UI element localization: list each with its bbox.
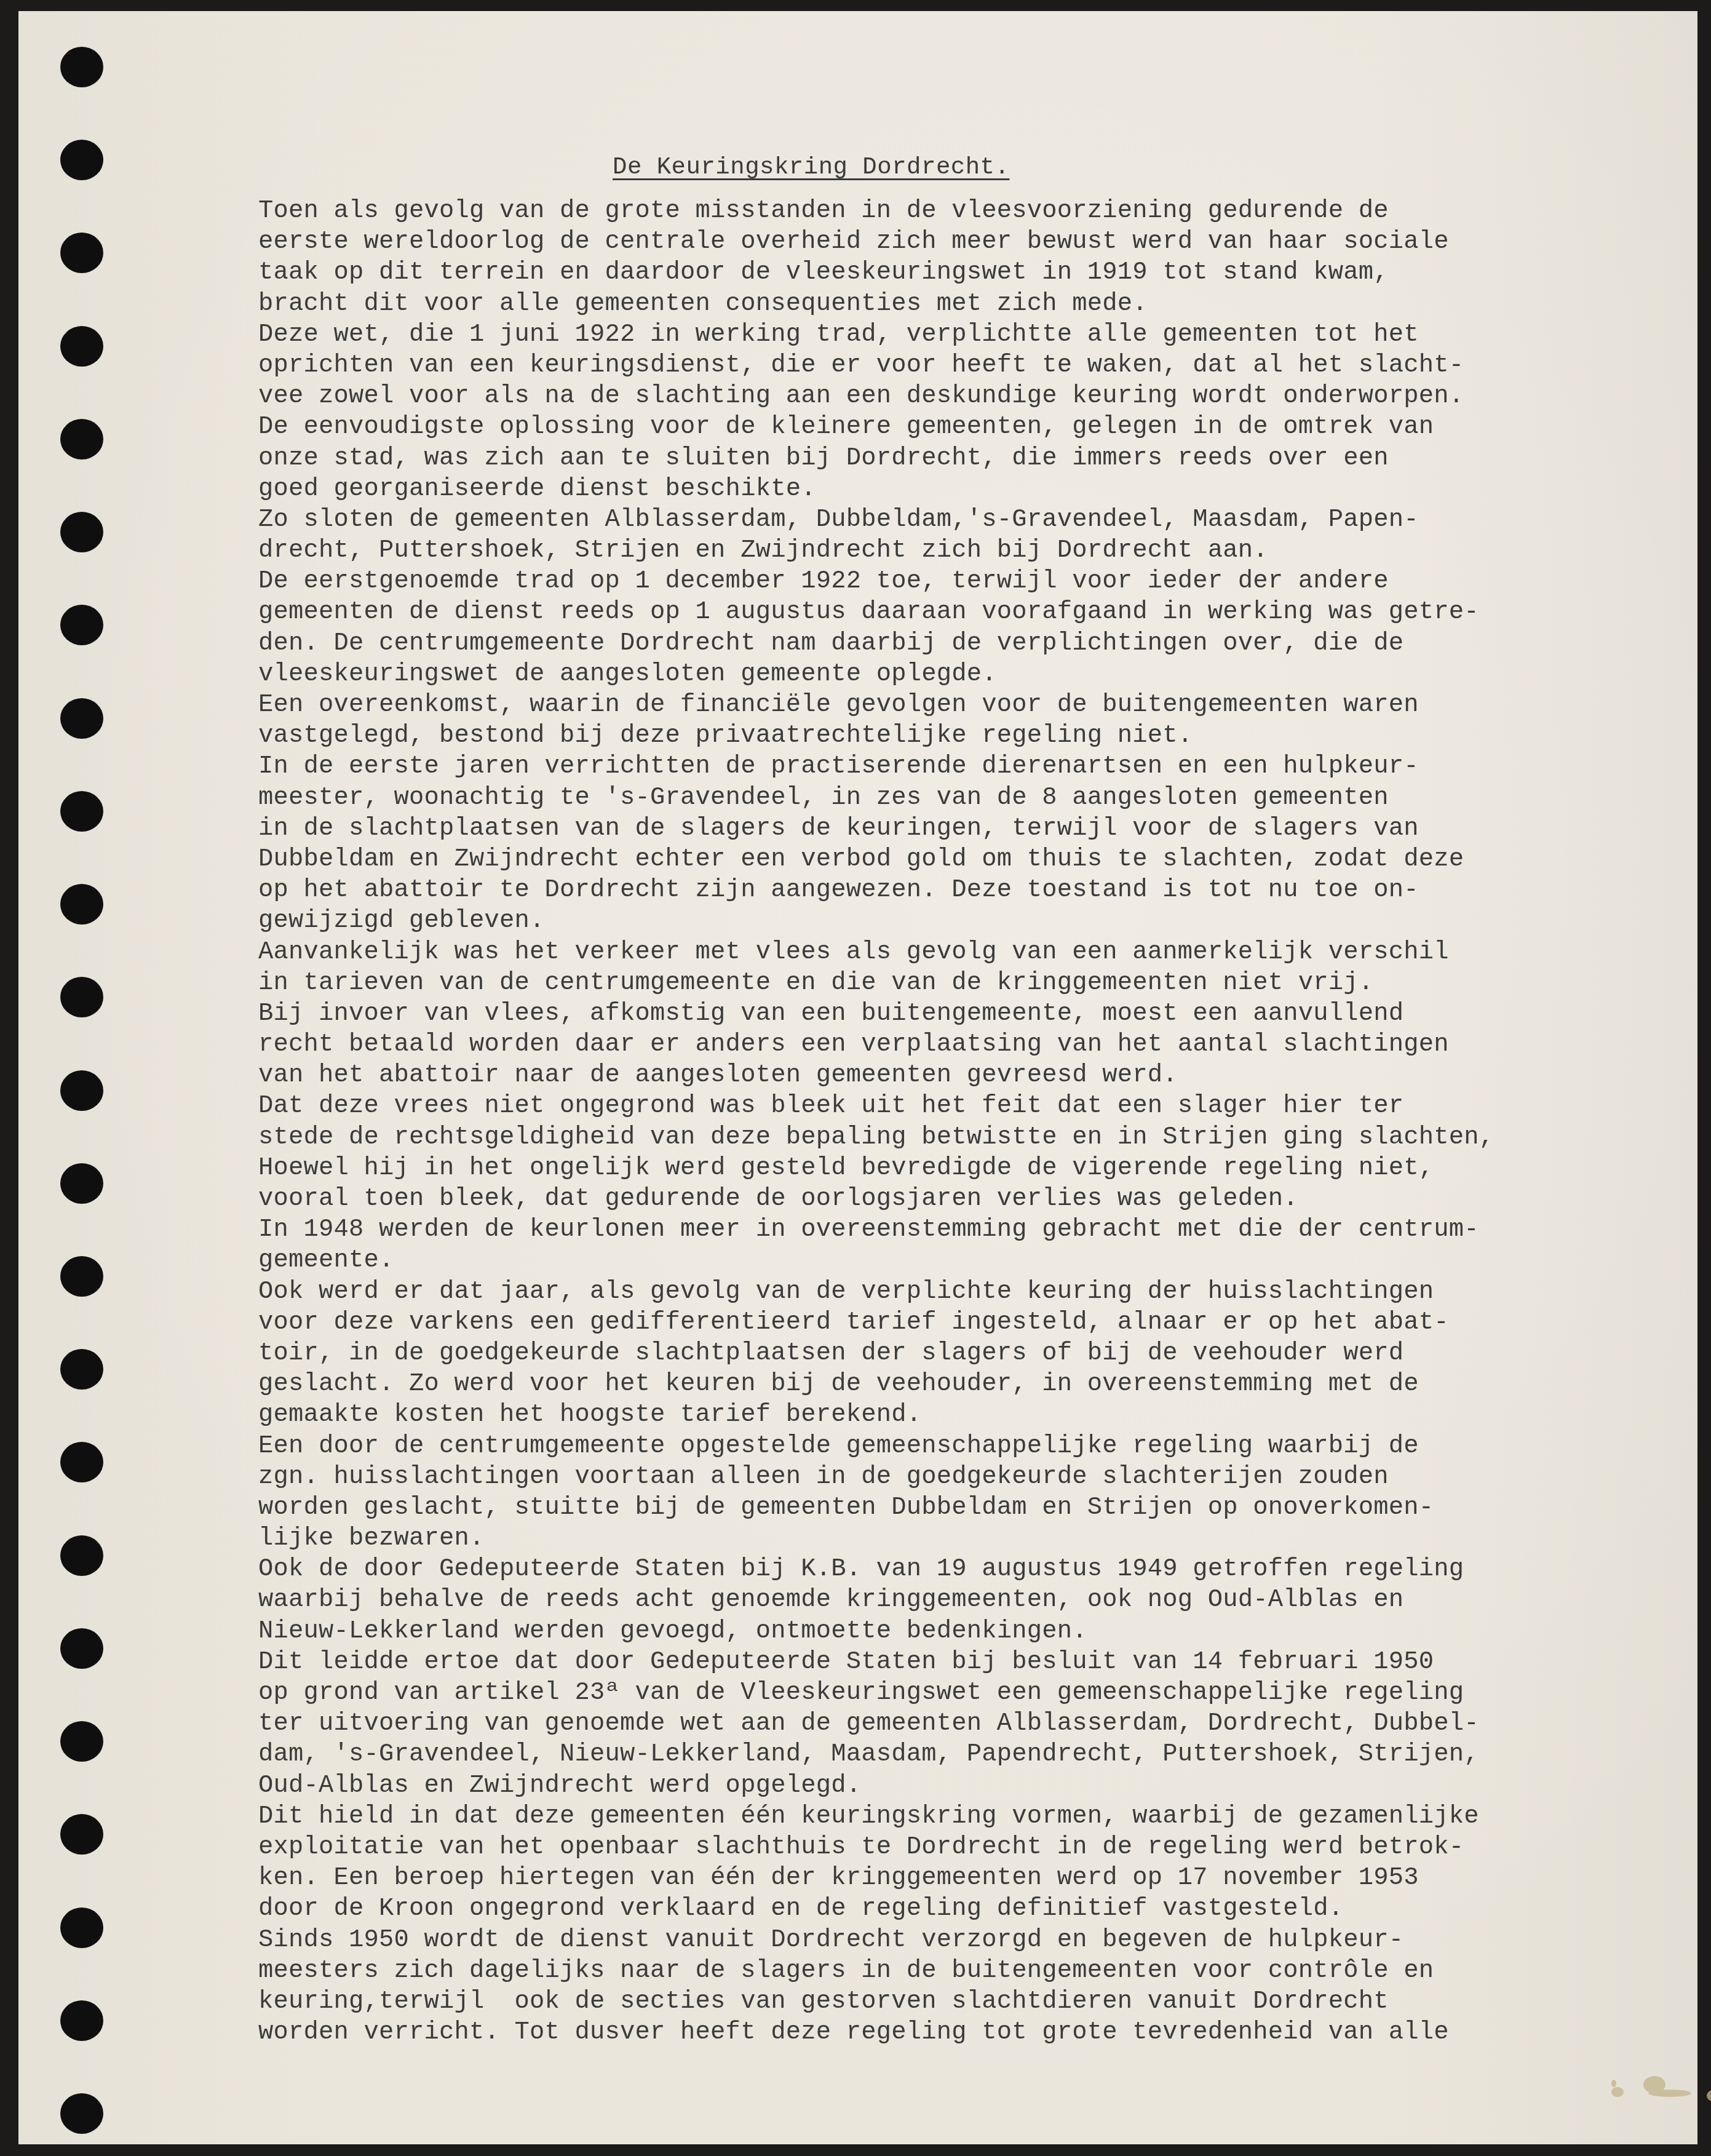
text-line: In de eerste jaren verrichtten de practi… xyxy=(258,751,1673,782)
text-line: ter uitvoering van genoemde wet aan de g… xyxy=(258,1708,1673,1739)
punch-hole xyxy=(60,1721,103,1762)
text-line: Ook werd er dat jaar, als gevolg van de … xyxy=(258,1276,1673,1307)
text-line: taak op dit terrein en daardoor de vlees… xyxy=(258,257,1673,288)
text-line: exploitatie van het openbaar slachthuis … xyxy=(258,1832,1673,1863)
text-line: Dit hield in dat deze gemeenten één keur… xyxy=(258,1801,1673,1832)
punch-hole xyxy=(60,1907,103,1948)
text-line: In 1948 werden de keurlonen meer in over… xyxy=(258,1214,1673,1245)
text-line: vee zowel voor als na de slachting aan e… xyxy=(258,381,1673,412)
text-line: Aanvankelijk was het verkeer met vlees a… xyxy=(258,937,1673,968)
document-title: De Keuringskring Dordrecht. xyxy=(613,154,1009,181)
punch-hole xyxy=(60,698,103,739)
text-line: waarbij behalve de reeds acht genoemde k… xyxy=(258,1585,1673,1615)
text-line: vooral toen bleek, dat gedurende de oorl… xyxy=(258,1183,1673,1214)
text-line: Ook de door Gedeputeerde Staten bij K.B.… xyxy=(258,1554,1673,1585)
text-line: vleeskeuringswet de aangesloten gemeente… xyxy=(258,659,1673,690)
stain-mark xyxy=(1605,2069,1711,2106)
text-line: keuring,terwijl ook de secties van gesto… xyxy=(258,1986,1673,2017)
text-line: toir, in de goedgekeurde slachtplaatsen … xyxy=(258,1338,1673,1369)
punch-hole xyxy=(60,233,103,273)
text-line: zgn. huisslachtingen voortaan alleen in … xyxy=(258,1462,1673,1492)
punch-hole xyxy=(60,1442,103,1482)
text-line: Een door de centrumgemeente opgestelde g… xyxy=(258,1431,1673,1462)
punch-hole xyxy=(60,1535,103,1576)
text-line: oprichten van een keuringsdienst, die er… xyxy=(258,350,1673,381)
text-line: Toen als gevolg van de grote misstanden … xyxy=(258,196,1673,226)
punch-hole xyxy=(60,1256,103,1297)
text-line: drecht, Puttershoek, Strijen en Zwijndre… xyxy=(258,535,1673,566)
punch-hole xyxy=(60,1628,103,1669)
text-line: Dit leidde ertoe dat door Gedeputeerde S… xyxy=(258,1647,1673,1677)
text-line: in tarieven van de centrumgemeente en di… xyxy=(258,968,1673,998)
text-line: gemeente. xyxy=(258,1245,1673,1276)
text-line: den. De centrumgemeente Dordrecht nam da… xyxy=(258,628,1673,659)
punch-hole xyxy=(60,1349,103,1390)
text-line: op het abattoir te Dordrecht zijn aangew… xyxy=(258,875,1673,905)
text-line: vastgelegd, bestond bij deze privaatrech… xyxy=(258,720,1673,751)
document-body: Toen als gevolg van de grote misstanden … xyxy=(258,196,1673,2048)
text-line: Hoewel hij in het ongelijk werd gesteld … xyxy=(258,1153,1673,1183)
text-line: in de slachtplaatsen van de slagers de k… xyxy=(258,813,1673,844)
text-line: voor deze varkens een gedifferentieerd t… xyxy=(258,1307,1673,1338)
text-line: dam, 's-Gravendeel, Nieuw-Lekkerland, Ma… xyxy=(258,1739,1673,1770)
text-line: recht betaald worden daar er anders een … xyxy=(258,1029,1673,1060)
text-line: goed georganiseerde dienst beschikte. xyxy=(258,474,1673,504)
punch-hole xyxy=(60,977,103,1017)
punch-hole xyxy=(60,791,103,832)
document-page: De Keuringskring Dordrecht. Toen als gev… xyxy=(18,11,1697,2144)
text-line: bracht dit voor alle gemeenten consequen… xyxy=(258,288,1673,319)
text-line: eerste wereldoorlog de centrale overheid… xyxy=(258,226,1673,257)
punch-hole xyxy=(60,2000,103,2041)
text-line: worden verricht. Tot dusver heeft deze r… xyxy=(258,2017,1673,2048)
text-line: Een overeenkomst, waarin de financiële g… xyxy=(258,690,1673,720)
text-line: onze stad, was zich aan te sluiten bij D… xyxy=(258,443,1673,474)
text-line: gemeenten de dienst reeds op 1 augustus … xyxy=(258,597,1673,627)
text-line: meesters zich dagelijks naar de slagers … xyxy=(258,1955,1673,1986)
punch-hole xyxy=(60,512,103,552)
punch-hole xyxy=(60,47,103,87)
punch-hole xyxy=(60,2093,103,2134)
text-line: Zo sloten de gemeenten Alblasserdam, Dub… xyxy=(258,504,1673,535)
text-line: ken. Een beroep hiertegen van één der kr… xyxy=(258,1863,1673,1893)
text-line: gewijzigd gebleven. xyxy=(258,905,1673,936)
text-line: door de Kroon ongegrond verklaard en de … xyxy=(258,1893,1673,1924)
text-line: meester, woonachtig te 's-Gravendeel, in… xyxy=(258,782,1673,813)
text-line: Sinds 1950 wordt de dienst vanuit Dordre… xyxy=(258,1925,1673,1955)
punch-hole xyxy=(60,1814,103,1855)
text-line: op grond van artikel 23ª van de Vleeskeu… xyxy=(258,1677,1673,1708)
punch-hole xyxy=(60,1070,103,1111)
text-line: van het abattoir naar de aangesloten gem… xyxy=(258,1060,1673,1091)
text-line: worden geslacht, stuitte bij de gemeente… xyxy=(258,1492,1673,1523)
text-line: Dubbeldam en Zwijndrecht echter een verb… xyxy=(258,844,1673,875)
text-line: stede de rechtsgeldigheid van deze bepal… xyxy=(258,1122,1673,1153)
punch-hole xyxy=(60,884,103,925)
text-line: gemaakte kosten het hoogste tarief berek… xyxy=(258,1399,1673,1430)
text-line: Oud-Alblas en Zwijndrecht werd opgelegd. xyxy=(258,1770,1673,1801)
text-line: De eerstgenoemde trad op 1 december 1922… xyxy=(258,566,1673,597)
text-line: Nieuw-Lekkerland werden gevoegd, ontmoet… xyxy=(258,1616,1673,1647)
text-line: Deze wet, die 1 juni 1922 in werking tra… xyxy=(258,319,1673,350)
punch-hole xyxy=(60,1163,103,1204)
punch-hole xyxy=(60,419,103,459)
text-line: lijke bezwaren. xyxy=(258,1523,1673,1554)
text-line: geslacht. Zo werd voor het keuren bij de… xyxy=(258,1369,1673,1399)
text-line: Dat deze vrees niet ongegrond was bleek … xyxy=(258,1091,1673,1121)
punch-hole xyxy=(60,326,103,367)
punch-hole xyxy=(60,605,103,645)
text-line: Bij invoer van vlees, afkomstig van een … xyxy=(258,998,1673,1029)
text-line: De eenvoudigste oplossing voor de kleine… xyxy=(258,412,1673,442)
punch-hole xyxy=(60,140,103,180)
